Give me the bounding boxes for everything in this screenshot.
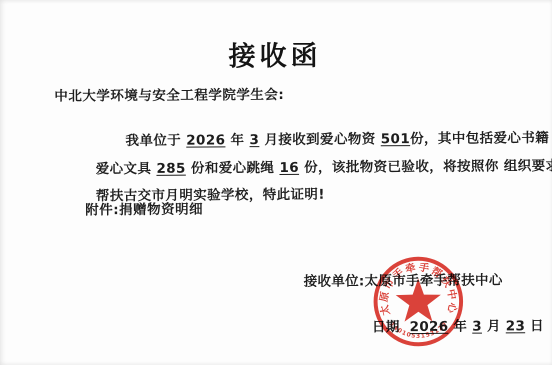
body-text-segment: 份，其中包括爱心书籍: [410, 130, 552, 147]
underlined-month: 3: [249, 132, 259, 148]
body-text-segment: 年: [225, 132, 249, 148]
body-text-segment: 爱心文具: [96, 160, 157, 176]
page-title: 接收函: [0, 32, 551, 75]
body-line-1: 我单位于 2026 年 3 月接收到爱心物资 501份，其中包括爱心书籍 200…: [54, 108, 514, 139]
body-text-segment: 我单位于: [125, 133, 186, 149]
attachment-note: 附件:捐赠物资明细: [85, 198, 203, 219]
seal-star-icon: [396, 278, 441, 321]
document-page: 接收函 中北大学环境与安全工程学院学生会: 我单位于 2026 年 3 月接收到…: [0, 0, 552, 365]
salutation-line: 中北大学环境与安全工程学院学生会:: [54, 83, 284, 105]
body-text-segment: 份和爱心跳绳: [186, 159, 280, 176]
body-paragraph: 我单位于 2026 年 3 月接收到爱心物资 501份，其中包括爱心书籍 200…: [54, 108, 515, 194]
date-text-segment: 日: [525, 318, 544, 334]
official-red-seal: 太原市手牵手帮扶中心 1401053153120: [369, 254, 469, 350]
seal-graphic: 太原市手牵手帮扶中心 1401053153120: [369, 254, 469, 350]
underlined-date-month: 3: [472, 319, 482, 335]
scanned-receipt-letter: 接收函 中北大学环境与安全工程学院学生会: 我单位于 2026 年 3 月接收到…: [0, 0, 552, 365]
underlined-total-count: 501: [381, 131, 411, 147]
body-text-segment: 月接收到爱心物资: [259, 131, 381, 148]
underlined-year: 2026: [186, 132, 225, 148]
body-text-segment: 份，该批物资已验收，将按照你 组织要求，用于: [299, 157, 552, 175]
underlined-date-day: 23: [506, 318, 526, 334]
date-text-segment: 月: [482, 318, 506, 334]
underlined-stationery-count: 285: [156, 160, 186, 176]
underlined-ropes-count: 16: [279, 159, 299, 175]
